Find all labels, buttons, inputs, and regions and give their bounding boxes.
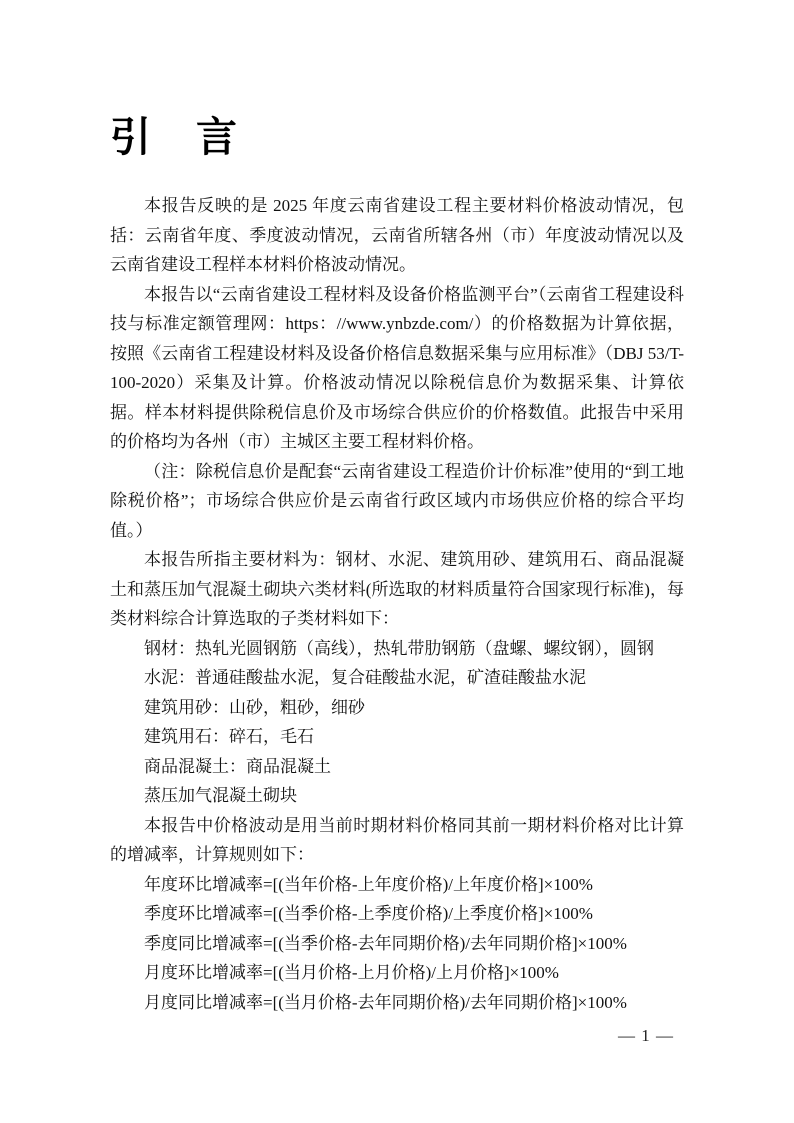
material-list-item: 蒸压加气混凝土砌块 bbox=[110, 781, 684, 811]
formula-line: 季度同比增减率=[(当季价格-去年同期价格)/去年同期价格]×100% bbox=[110, 929, 684, 959]
document-body: 本报告反映的是 2025 年度云南省建设工程主要材料价格波动情况，包括：云南省年… bbox=[110, 191, 684, 1017]
material-list-item: 建筑用砂：山砂，粗砂，细砂 bbox=[110, 693, 684, 723]
page-title: 引 言 bbox=[110, 112, 684, 163]
paragraph: 本报告所指主要材料为：钢材、水泥、建筑用砂、建筑用石、商品混凝土和蒸压加气混凝土… bbox=[110, 545, 684, 634]
paragraph: 本报告中价格波动是用当前时期材料价格同其前一期材料价格对比计算的增减率，计算规则… bbox=[110, 811, 684, 870]
material-list-item: 建筑用石：碎石，毛石 bbox=[110, 722, 684, 752]
paragraph: 本报告反映的是 2025 年度云南省建设工程主要材料价格波动情况，包括：云南省年… bbox=[110, 191, 684, 280]
material-list-item: 水泥：普通硅酸盐水泥，复合硅酸盐水泥，矿渣硅酸盐水泥 bbox=[110, 663, 684, 693]
document-page: 引 言 本报告反映的是 2025 年度云南省建设工程主要材料价格波动情况，包括：… bbox=[0, 0, 794, 1123]
material-list-item: 钢材：热轧光圆钢筋（高线），热轧带肋钢筋（盘螺、螺纹钢），圆钢 bbox=[110, 634, 684, 664]
material-list-item: 商品混凝土：商品混凝土 bbox=[110, 752, 684, 782]
formula-line: 季度环比增减率=[(当季价格-上季度价格)/上季度价格]×100% bbox=[110, 899, 684, 929]
paragraph: （注：除税信息价是配套“云南省建设工程造价计价标准”使用的“到工地除税价格”；市… bbox=[110, 457, 684, 546]
formula-line: 月度同比增减率=[(当月价格-去年同期价格)/去年同期价格]×100% bbox=[110, 988, 684, 1018]
document-content: 引 言 本报告反映的是 2025 年度云南省建设工程主要材料价格波动情况，包括：… bbox=[110, 112, 684, 1017]
formula-line: 月度环比增减率=[(当月价格-上月价格)/上月价格]×100% bbox=[110, 958, 684, 988]
page-number: — 1 — bbox=[618, 1026, 674, 1046]
paragraph: 本报告以“云南省建设工程材料及设备价格监测平台”（云南省工程建设科技与标准定额管… bbox=[110, 280, 684, 457]
formula-line: 年度环比增减率=[(当年价格-上年度价格)/上年度价格]×100% bbox=[110, 870, 684, 900]
